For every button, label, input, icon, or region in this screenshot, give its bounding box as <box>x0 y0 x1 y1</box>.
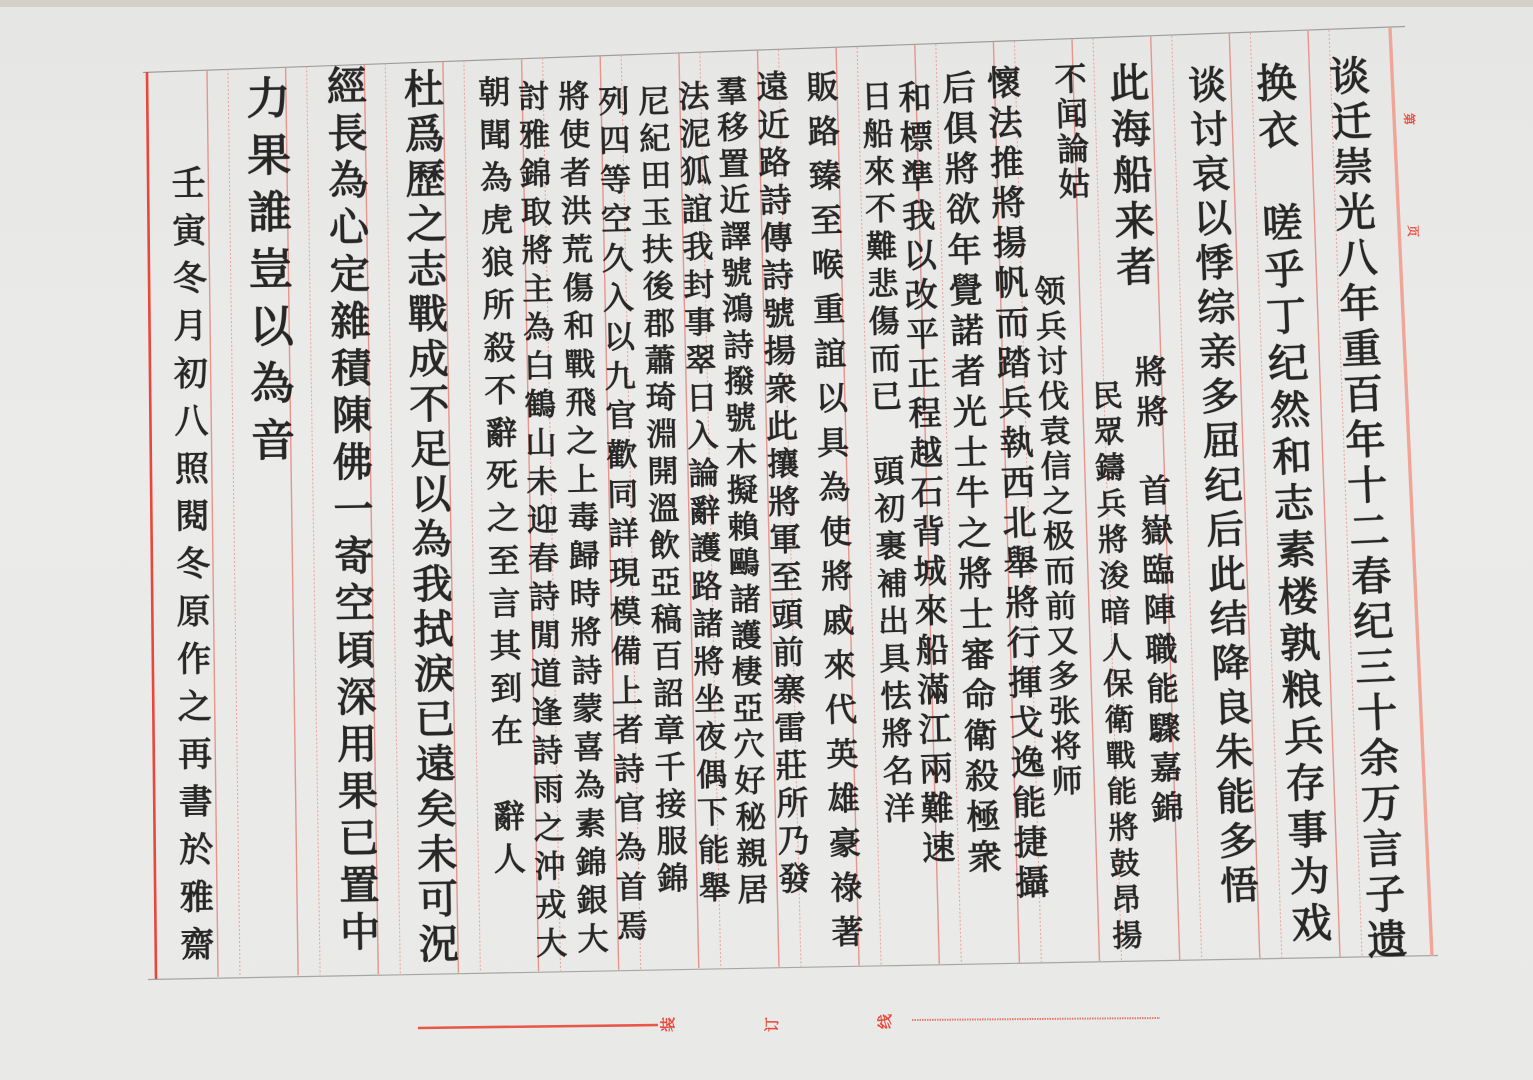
page-number-mark-top: 第 <box>1403 113 1415 125</box>
bottom-border <box>148 956 1438 980</box>
text-column-7a: 不闻論姑 <box>1052 61 1089 202</box>
binding-dotted-rule <box>912 1018 1160 1020</box>
text-column-22: 經長為心定雜積陳佛一寄空頃深用果已置中 <box>323 65 377 959</box>
binding-label-char: 线 <box>878 1014 893 1029</box>
text-column-23: 力果誰豈以為音 <box>241 75 291 475</box>
signature-inscription: 壬寅冬月初八照閱冬原作之再書於雅齋 <box>168 165 211 975</box>
column-rule-dotted <box>228 69 240 976</box>
text-column-4: 此海船来者 <box>1105 61 1154 292</box>
column-rule-dotted <box>385 64 400 974</box>
page-number-mark-bottom: 页 <box>1407 225 1419 237</box>
column-rule-dotted <box>307 66 321 975</box>
binding-label-char: 装 <box>661 1017 676 1032</box>
binding-solid-rule <box>418 1025 658 1028</box>
binding-rules <box>418 1018 1160 1028</box>
binding-label-char: 订 <box>765 1017 780 1032</box>
left-border <box>147 72 156 979</box>
